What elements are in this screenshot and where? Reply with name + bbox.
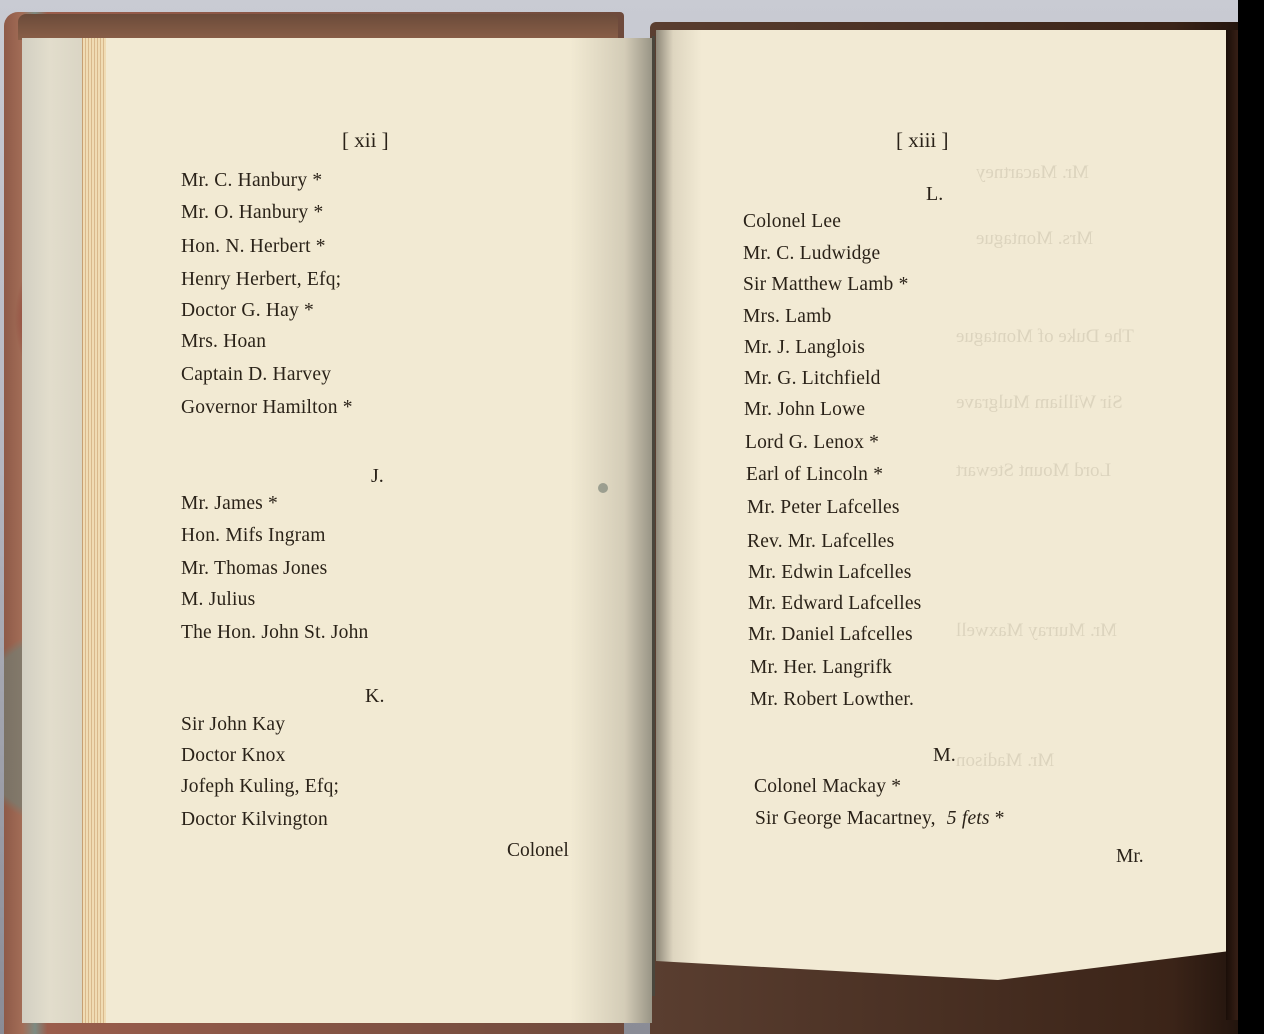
section-letter-l: L. <box>926 183 943 206</box>
list-entry: Mr. Edwin Lafcelles <box>748 562 912 584</box>
list-entry: Mr. Thomas Jones <box>181 558 327 580</box>
list-entry: Henry Herbert, Efq; <box>181 269 341 291</box>
list-entry: Mrs. Hoan <box>181 331 266 353</box>
show-through-text: Mrs. Montague <box>976 228 1093 250</box>
catchword-right: Mr. <box>1116 846 1144 868</box>
entry-name: Sir George Macartney, <box>755 808 936 829</box>
page-number-left: [ xii ] <box>342 128 389 153</box>
list-entry: Colonel Mackay * <box>754 776 901 798</box>
show-through-text: Mr. Murray Maxwell <box>956 620 1117 642</box>
show-through-text: Mr. Macartney <box>976 162 1089 184</box>
list-entry: Mr. Robert Lowther. <box>750 689 914 711</box>
scan-border-black <box>1238 0 1264 1034</box>
list-entry: Mr. Edward Lafcelles <box>748 593 921 615</box>
list-entry: Mr. G. Litchfield <box>744 368 881 390</box>
show-through-text: Sir William Mulgrave <box>956 392 1123 414</box>
list-entry: Governor Hamilton * <box>181 397 353 419</box>
show-through-text: Lord Mount Stewart <box>956 460 1111 482</box>
entry-asterisk: * <box>995 808 1005 829</box>
section-letter-m: M. <box>933 744 956 767</box>
list-entry: Earl of Lincoln * <box>746 464 883 486</box>
page-number-right: [ xiii ] <box>896 128 949 153</box>
left-cover-top-edge <box>18 14 618 40</box>
list-entry: Mr. Her. Langrifk <box>750 657 892 679</box>
list-entry: Lord G. Lenox * <box>745 432 879 454</box>
list-entry: Mr. O. Hanbury * <box>181 202 323 224</box>
list-entry: Mrs. Lamb <box>743 306 831 328</box>
list-entry: Mr. C. Hanbury * <box>181 170 322 192</box>
list-entry: Mr. James * <box>181 493 278 515</box>
right-page: Mr. Macartney Mrs. Montague The Duke of … <box>656 30 1226 980</box>
show-through-text: The Duke of Montague <box>956 326 1134 348</box>
list-entry: Mr. John Lowe <box>744 399 865 421</box>
list-entry: Hon. N. Herbert * <box>181 236 326 258</box>
list-entry: M. Julius <box>181 589 255 611</box>
list-entry: Doctor Knox <box>181 745 286 767</box>
left-page: [ xii ] Mr. C. Hanbury * Mr. O. Hanbury … <box>106 38 652 1023</box>
catchword-left: Colonel <box>507 840 569 862</box>
entry-copies-note: 5 fets <box>947 808 990 829</box>
book-gutter <box>652 36 655 996</box>
list-entry: Sir John Kay <box>181 714 285 736</box>
list-entry: Doctor G. Hay * <box>181 300 314 322</box>
list-entry: Mr. C. Ludwidge <box>743 243 880 265</box>
list-entry: Jofeph Kuling, Efq; <box>181 776 339 798</box>
list-entry: Doctor Kilvington <box>181 809 328 831</box>
section-letter-k: K. <box>365 685 384 708</box>
list-entry: Mr. J. Langlois <box>744 337 865 359</box>
list-entry: Sir George Macartney, 5 fets * <box>755 808 1005 830</box>
ink-smudge <box>598 483 608 493</box>
list-entry: Colonel Lee <box>743 211 841 233</box>
list-entry: Hon. Mifs Ingram <box>181 525 326 547</box>
list-entry: Sir Matthew Lamb * <box>743 274 909 296</box>
list-entry: Rev. Mr. Lafcelles <box>747 531 894 553</box>
list-entry: The Hon. John St. John <box>181 622 369 644</box>
left-page-block-edges <box>82 38 108 1023</box>
section-letter-j: J. <box>371 465 384 488</box>
list-entry: Mr. Daniel Lafcelles <box>748 624 913 646</box>
list-entry: Captain D. Harvey <box>181 364 331 386</box>
show-through-text: Mr. Madison <box>956 750 1054 772</box>
list-entry: Mr. Peter Lafcelles <box>747 497 900 519</box>
